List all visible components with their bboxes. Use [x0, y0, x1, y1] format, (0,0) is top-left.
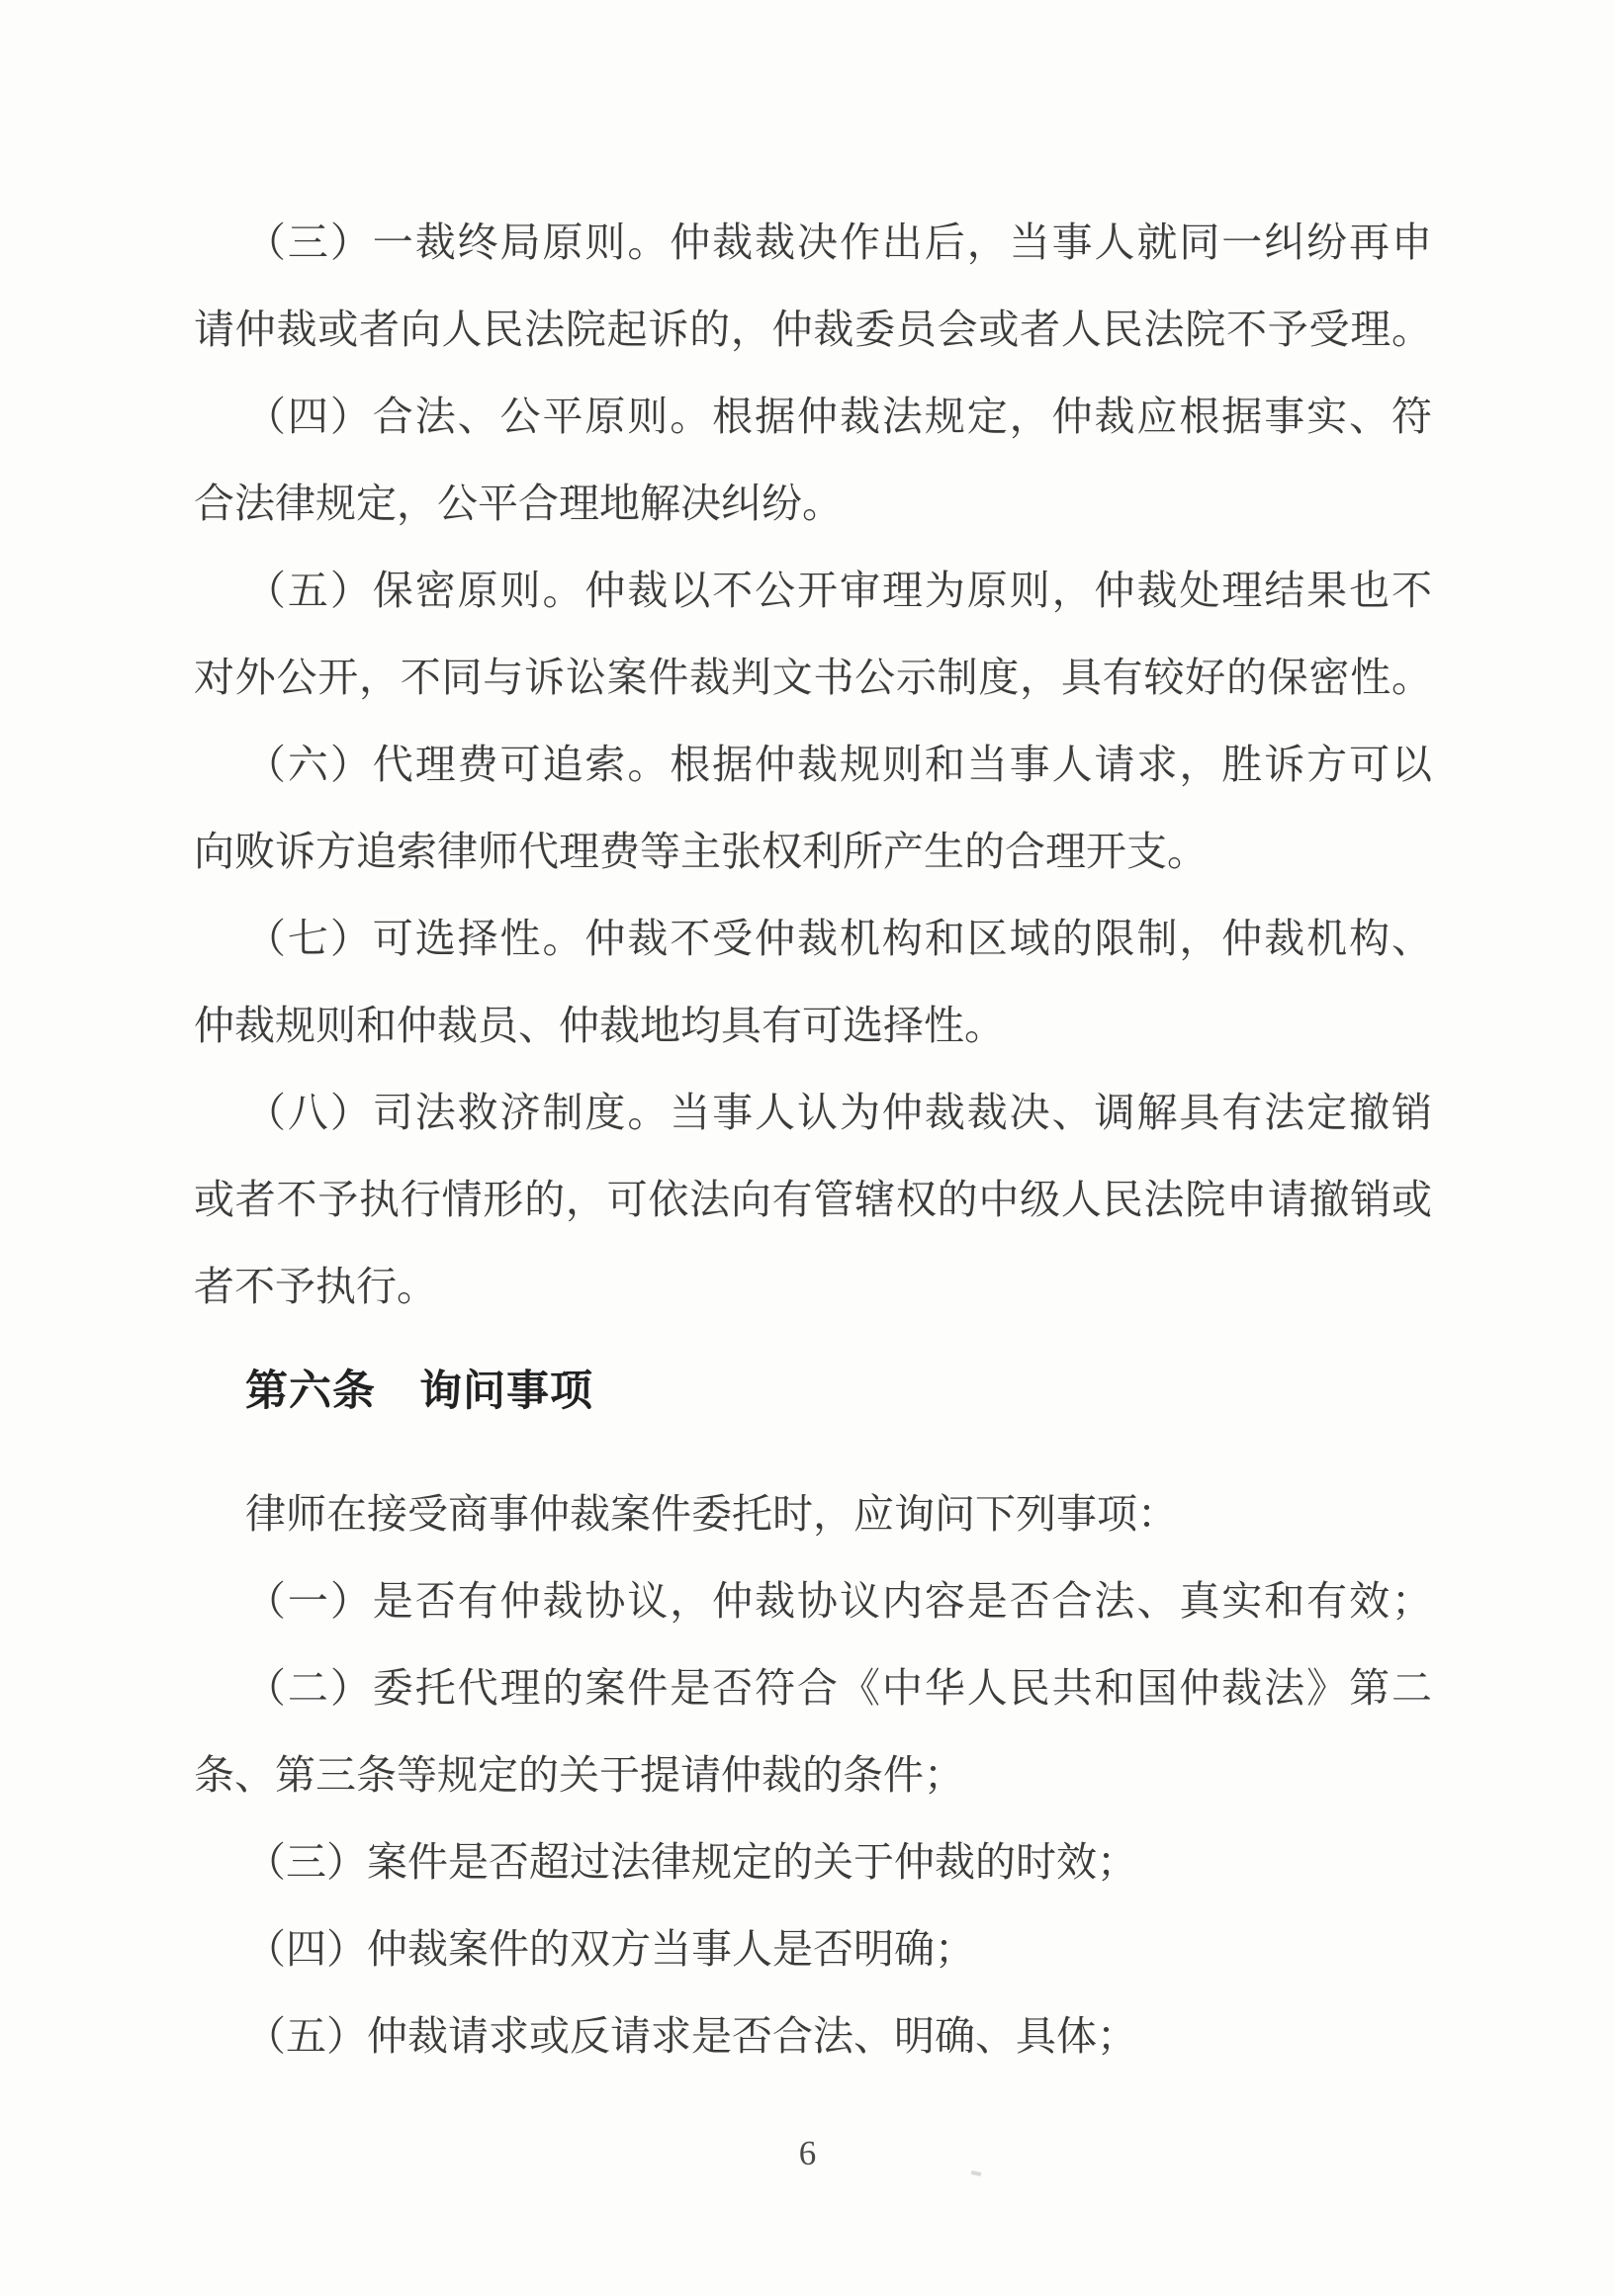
- section-heading: 第六条 询问事项: [194, 1348, 1432, 1435]
- page-number: 6: [0, 2134, 1615, 2173]
- text-line: 律师在接受商事仲裁案件委托时，应询问下列事项：: [194, 1470, 1432, 1557]
- text-line: （五）保密原则。仲裁以不公开审理为原则，仲裁处理结果也不: [194, 547, 1432, 634]
- text-line: （四）仲裁案件的双方当事人是否明确；: [194, 1905, 1432, 1992]
- text-line: 或者不予执行情形的，可依法向有管辖权的中级人民法院申请撤销或: [194, 1156, 1432, 1243]
- document-page: （三）一裁终局原则。仲裁裁决作出后，当事人就同一纠纷再申请仲裁或者向人民法院起诉…: [0, 0, 1615, 2296]
- text-line: （八）司法救济制度。当事人认为仲裁裁决、调解具有法定撤销: [194, 1069, 1432, 1156]
- text-line: 请仲裁或者向人民法院起诉的，仲裁委员会或者人民法院不予受理。: [194, 286, 1432, 373]
- text-line: （五）仲裁请求或反请求是否合法、明确、具体；: [194, 1992, 1432, 2079]
- text-line: 向败诉方追索律师代理费等主张权利所产生的合理开支。: [194, 808, 1432, 895]
- scan-artifact: [971, 2170, 982, 2176]
- text-line: （四）合法、公平原则。根据仲裁法规定，仲裁应根据事实、符: [194, 373, 1432, 460]
- text-line: 合法律规定，公平合理地解决纠纷。: [194, 460, 1432, 547]
- text-line: 仲裁规则和仲裁员、仲裁地均具有可选择性。: [194, 982, 1432, 1069]
- text-line: 者不予执行。: [194, 1243, 1432, 1330]
- text-line: （一）是否有仲裁协议，仲裁协议内容是否合法、真实和有效；: [194, 1557, 1432, 1644]
- text-line: 条、第三条等规定的关于提请仲裁的条件；: [194, 1731, 1432, 1818]
- document-content: （三）一裁终局原则。仲裁裁决作出后，当事人就同一纠纷再申请仲裁或者向人民法院起诉…: [194, 199, 1432, 2079]
- text-line: （七）可选择性。仲裁不受仲裁机构和区域的限制，仲裁机构、: [194, 895, 1432, 982]
- text-line: （二）委托代理的案件是否符合《中华人民共和国仲裁法》第二: [194, 1644, 1432, 1731]
- text-line: （三）一裁终局原则。仲裁裁决作出后，当事人就同一纠纷再申: [194, 199, 1432, 286]
- text-line: （三）案件是否超过法律规定的关于仲裁的时效；: [194, 1818, 1432, 1905]
- text-line: 对外公开，不同与诉讼案件裁判文书公示制度，具有较好的保密性。: [194, 634, 1432, 721]
- text-line: （六）代理费可追索。根据仲裁规则和当事人请求，胜诉方可以: [194, 721, 1432, 808]
